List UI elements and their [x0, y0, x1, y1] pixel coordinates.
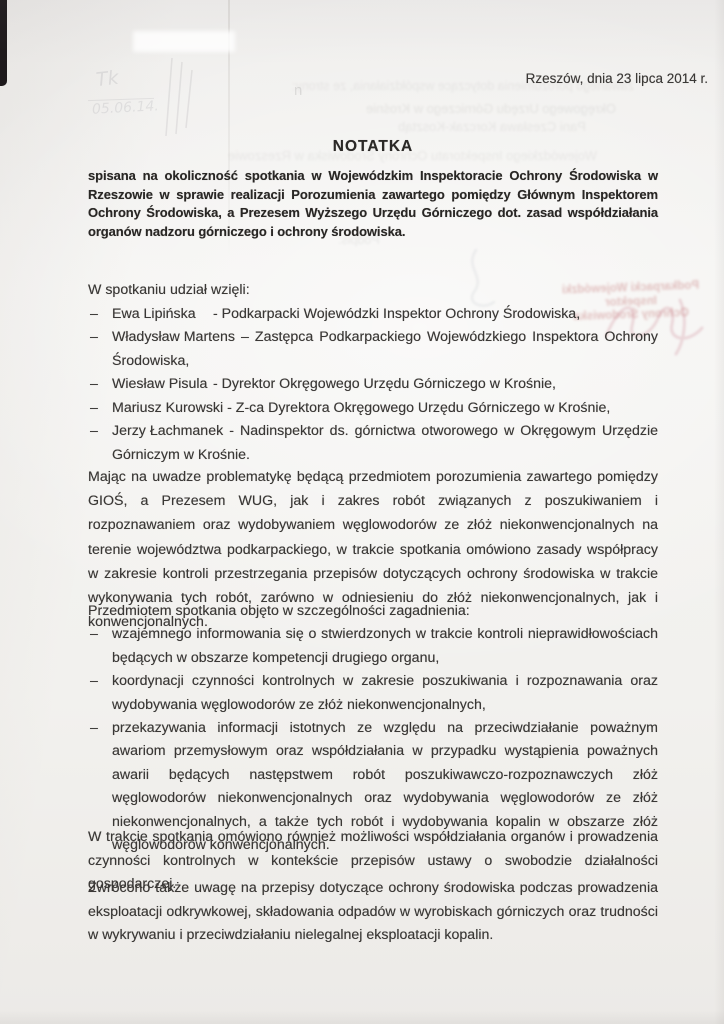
attendees-heading: W spotkaniu udział wzięli:	[88, 279, 658, 303]
bullet-dash: –	[90, 623, 98, 646]
agenda-item: – koordynacji czynności kontrolnych w za…	[88, 670, 658, 717]
attendee-row: – Wiesław Pisula - Dyrektor Okręgowego U…	[88, 373, 658, 397]
attendee-role: - Z-ca Dyrektora Okręgowego Urzędu Górni…	[227, 400, 610, 416]
attendee-row: – Mariusz Kurowski - Z-ca Dyrektora Okrę…	[88, 397, 658, 421]
agenda-item-text: wzajemnego informowania się o stwierdzon…	[112, 626, 658, 665]
attendee-row: – Jerzy Łachmanek - Nadinspektor ds. gór…	[88, 420, 658, 467]
pencil-note: Tk	[95, 67, 120, 91]
agenda-section: Przedmiotem spotkania objęto w szczególn…	[88, 600, 658, 857]
bullet-dash: –	[90, 373, 98, 397]
date-line: Rzeszów, dnia 23 lipca 2014 r.	[526, 71, 708, 86]
attendee-name: Mariusz Kurowski	[112, 397, 223, 421]
attendee-role: - Podkarpacki Wojewódzki Inspektor Ochro…	[213, 306, 580, 322]
agenda-heading: Przedmiotem spotkania objęto w szczególn…	[88, 600, 658, 623]
paper-top-shading	[0, 0, 724, 64]
attendee-row: – Władysław Martens – Zastępca Podkarpac…	[88, 326, 658, 373]
paper-right-shading	[714, 0, 724, 1024]
bullet-dash: –	[90, 326, 98, 350]
attendee-name: Władysław Martens	[112, 326, 235, 350]
document-title: NOTATKA	[88, 138, 658, 156]
bullet-dash: –	[90, 670, 98, 693]
closing-paragraph: Zwrócono także uwagę na przepisy dotyczą…	[88, 877, 658, 948]
attendee-name: Ewa Lipińska	[112, 303, 209, 327]
intro-paragraph: spisana na okoliczność spotkania w Wojew…	[88, 167, 658, 241]
pencil-note: 05.06.14.	[92, 98, 160, 117]
bullet-dash: –	[90, 717, 98, 740]
attendee-name: Jerzy Łachmanek	[112, 420, 223, 444]
paper-bottom-shading	[0, 1010, 724, 1024]
agenda-item-text: koordynacji czynności kontrolnych w zakr…	[112, 673, 658, 712]
bullet-dash: –	[90, 397, 98, 421]
scanner-edge-strip	[0, 0, 4, 1024]
bleedthrough-text: Pani Czesława Korczak-Kosztąb	[398, 119, 586, 134]
attendee-name: Wiesław Pisula	[112, 373, 209, 397]
bullet-dash: –	[90, 303, 98, 327]
scanned-document-page: zawartego porozumienia dotyczące współdz…	[0, 0, 724, 1024]
attendees-section: W spotkaniu udział wzięli: – Ewa Lipińsk…	[88, 279, 658, 467]
pencil-note: n	[294, 82, 302, 99]
attendee-row: – Ewa Lipińska - Podkarpacki Wojewódzki …	[88, 303, 658, 327]
attendee-role: - Dyrektor Okręgowego Urzędu Górniczego …	[213, 376, 556, 392]
correction-patch	[133, 31, 235, 52]
bullet-dash: –	[90, 420, 98, 444]
bleedthrough-text: Okręgowego Urzędu Górniczego w Krośnie	[366, 101, 616, 116]
agenda-item: – wzajemnego informowania się o stwierdz…	[88, 623, 658, 670]
pencil-strokes	[162, 56, 196, 138]
